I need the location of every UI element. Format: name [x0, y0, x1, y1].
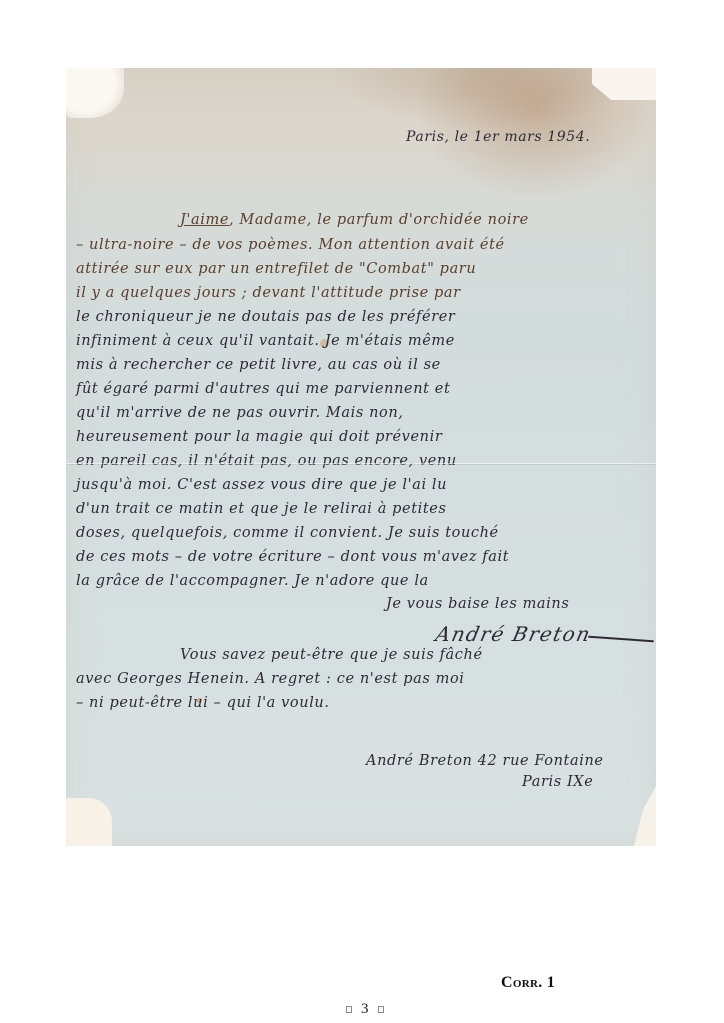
page-number: 3: [346, 1001, 384, 1018]
letter-line-text: , Madame, le parfum d'orchidée noire: [229, 212, 529, 228]
letter-line-16: la grâce de l'accompagner. Je n'adore qu…: [76, 574, 429, 589]
letter-line-8: fût égaré parmi d'autres qui me parvienn…: [76, 382, 450, 397]
letter-line-5: le chroniqueur je ne doutais pas de les …: [76, 310, 455, 325]
torn-corner-top-right: [592, 68, 656, 100]
section-label: Corr. 1: [501, 974, 555, 992]
signature-flourish: [588, 636, 654, 643]
letter-line-15: de ces mots – de votre écriture – dont v…: [76, 550, 509, 565]
letter-line-7: mis à rechercher ce petit livre, au cas …: [76, 358, 441, 373]
letter-closing: Je vous baise les mains: [386, 597, 569, 612]
missing-glyph-icon: [378, 1006, 384, 1013]
letter-date: Paris, le 1er mars 1954.: [406, 130, 590, 144]
document-page: Paris, le 1er mars 1954. J'aime, Madame,…: [0, 0, 724, 1023]
salutation-word: J'aime: [180, 212, 229, 228]
postscript-line-1: Vous savez peut-être que je suis fâché: [180, 648, 483, 663]
letter-line-13: d'un trait ce matin et que je le relirai…: [76, 502, 447, 517]
letter-line-12: jusqu'à moi. C'est assez vous dire que j…: [76, 478, 447, 493]
letter-line-4: il y a quelques jours ; devant l'attitud…: [76, 286, 461, 301]
letter-line-14: doses, quelquefois, comme il convient. J…: [76, 526, 499, 541]
sender-address-line-1: André Breton 42 rue Fontaine: [366, 754, 604, 769]
letter-line-10: heureusement pour la magie qui doit prév…: [76, 430, 442, 445]
letter-line-6: infiniment à ceux qu'il vantait. Je m'ét…: [76, 334, 455, 349]
postscript-line-2: avec Georges Henein. A regret : ce n'est…: [76, 672, 465, 687]
torn-corner-bottom-right: [634, 786, 656, 846]
letter-line-2: – ultra-noire – de vos poèmes. Mon atten…: [76, 238, 505, 253]
postscript-line-3: – ni peut-être lui – qui l'a voulu.: [76, 696, 330, 711]
page-number-value: 3: [361, 1001, 369, 1018]
torn-corner-top-left: [66, 68, 124, 118]
missing-glyph-icon: [346, 1006, 352, 1013]
torn-corner-bottom-left: [66, 798, 112, 846]
letter-scan: Paris, le 1er mars 1954. J'aime, Madame,…: [66, 68, 656, 846]
letter-line-11: en pareil cas, il n'était pas, ou pas en…: [76, 454, 457, 469]
signature: André Breton: [434, 624, 593, 644]
sender-address-line-2: Paris IXe: [522, 775, 593, 790]
letter-line-1: J'aime, Madame, le parfum d'orchidée noi…: [180, 213, 529, 228]
letter-line-9: qu'il m'arrive de ne pas ouvrir. Mais no…: [76, 406, 404, 421]
letter-line-3: attirée sur eux par un entrefilet de "Co…: [76, 262, 476, 277]
